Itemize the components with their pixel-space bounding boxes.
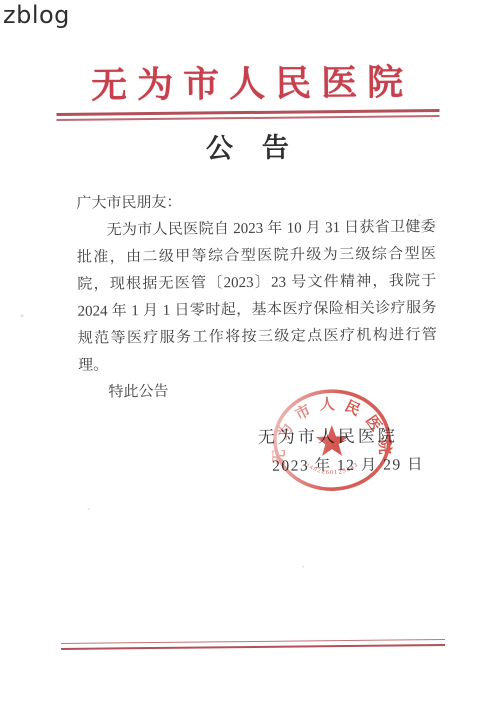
salutation: 广大市民朋友： bbox=[76, 187, 435, 218]
seal-graphic: 无为市人民医院 3402260129243 bbox=[270, 387, 393, 494]
header-double-rule bbox=[56, 109, 439, 121]
scan-speck bbox=[88, 508, 90, 510]
scan-speck bbox=[21, 314, 24, 317]
footer-double-rule bbox=[61, 639, 445, 650]
notice-body: 广大市民朋友： 无为市人民医院自 2023 年 10 月 31 日获省卫健委批准… bbox=[76, 187, 437, 407]
notice-title: 公 告 bbox=[0, 123, 498, 167]
scan-speck bbox=[302, 565, 304, 567]
scan-speck bbox=[431, 118, 433, 120]
seal-serial-number: 3402260129243 bbox=[304, 462, 360, 477]
hospital-name-title: 无为市人民医院 bbox=[0, 53, 497, 109]
site-watermark: zblog bbox=[3, 0, 70, 30]
seal-star-icon bbox=[316, 425, 349, 456]
official-seal: 无为市人民医院 3402260129243 bbox=[270, 387, 393, 494]
notice-paragraph: 无为市人民医院自 2023 年 10 月 31 日获省卫健委批准，由二级甲等综合… bbox=[77, 214, 438, 380]
notice-document: 无为市人民医院 公 告 广大市民朋友： 无为市人民医院自 2023 年 10 月… bbox=[0, 0, 500, 707]
